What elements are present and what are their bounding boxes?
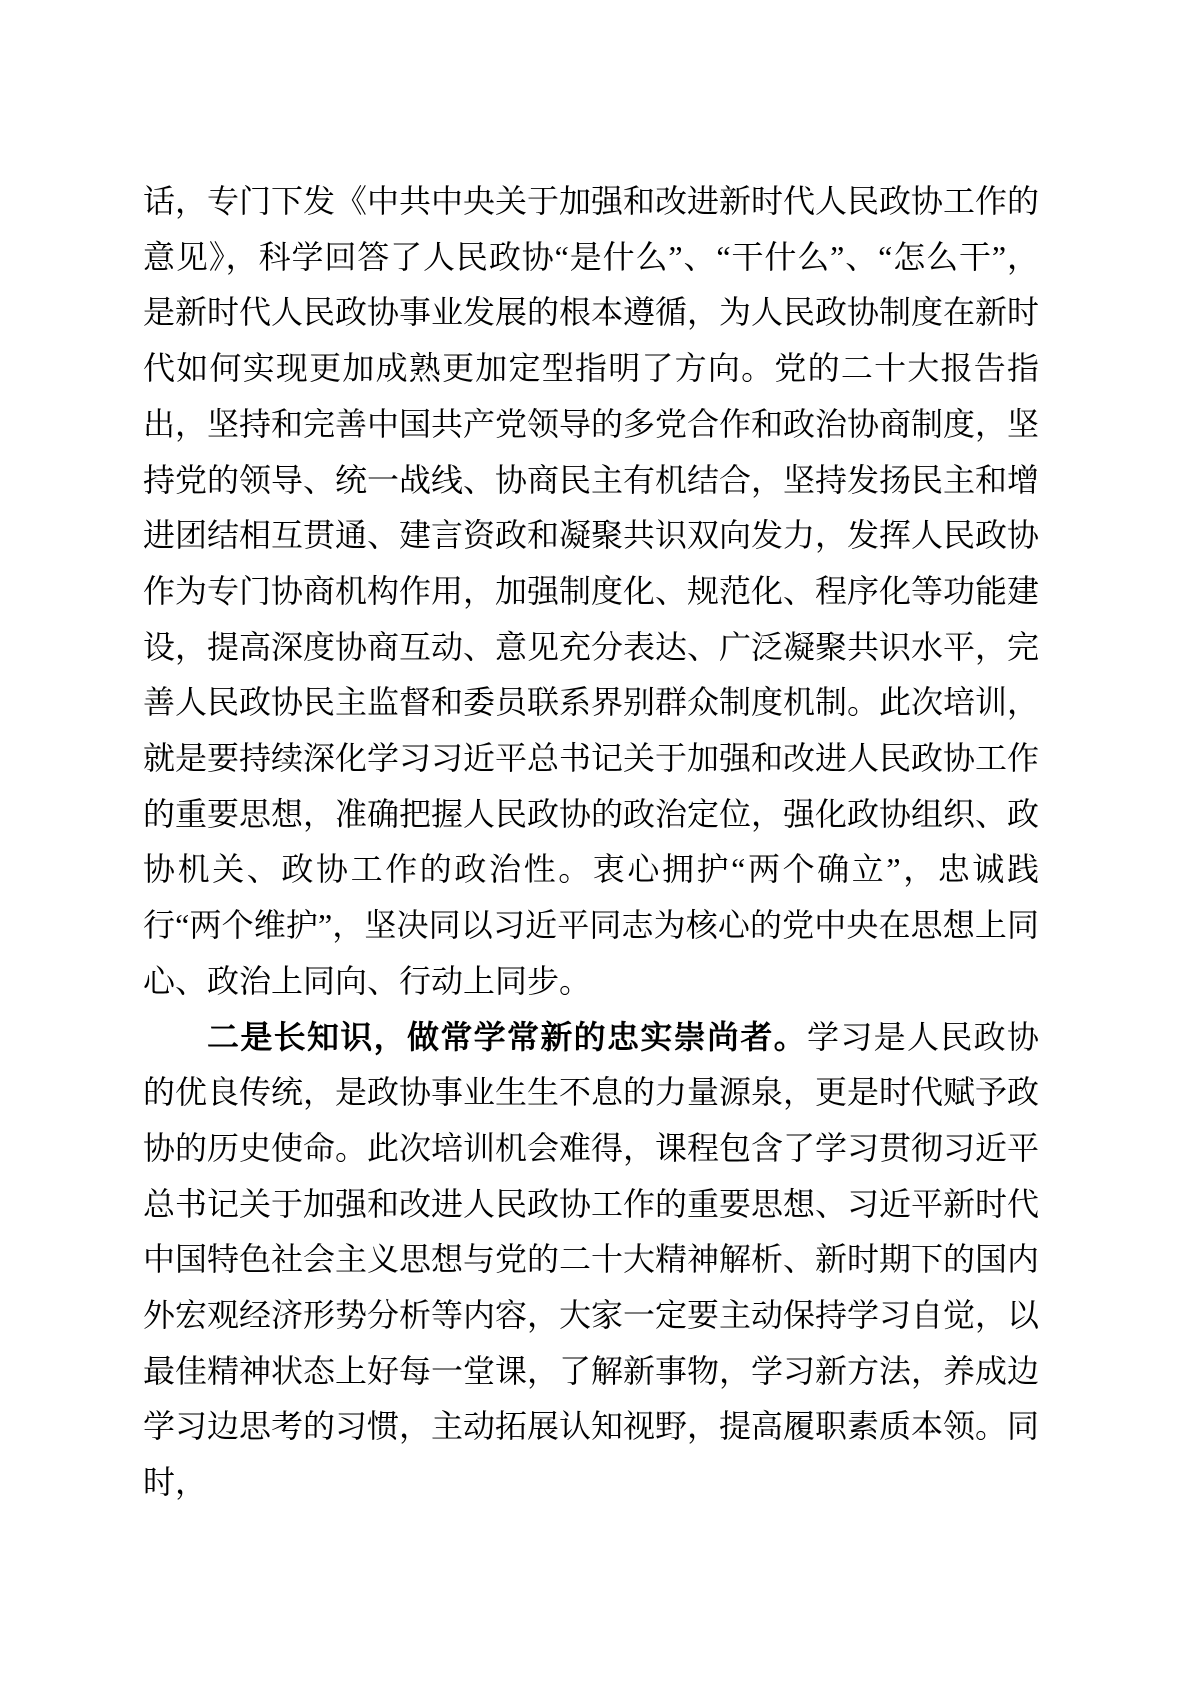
paragraph-text: 学习是人民政协的优良传统，是政协事业生生不息的力量源泉，更是时代赋予政协的历史使… — [143, 1019, 1039, 1501]
document-body: 话，专门下发《中共中央关于加强和改进新时代人民政协工作的意见》，科学回答了人民政… — [143, 174, 1039, 1511]
paragraph-text: 话，专门下发《中共中央关于加强和改进新时代人民政协工作的意见》，科学回答了人民政… — [143, 183, 1039, 999]
paragraph-lead-bold-text: 二是长知识，做常学常新的忠实崇尚者。 — [207, 1019, 807, 1055]
paragraph: 话，专门下发《中共中央关于加强和改进新时代人民政协工作的意见》，科学回答了人民政… — [143, 174, 1039, 1010]
paragraph: 二是长知识，做常学常新的忠实崇尚者。学习是人民政协的优良传统，是政协事业生生不息… — [143, 1010, 1039, 1511]
document-page: 话，专门下发《中共中央关于加强和改进新时代人民政协工作的意见》，科学回答了人民政… — [0, 0, 1190, 1683]
